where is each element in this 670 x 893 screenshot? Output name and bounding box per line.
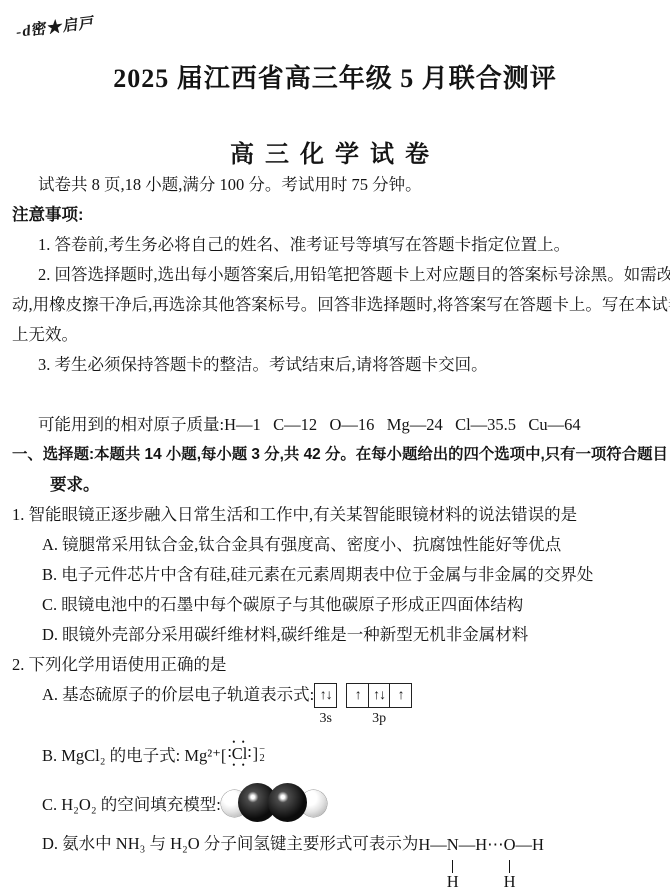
- note-line-1: 1. 答卷前,考生务必将自己的姓名、准考证号等填写在答题卡指定位置上。: [12, 230, 664, 260]
- question-2-stem: 2. 下列化学用语使用正确的是: [12, 650, 664, 680]
- atom-h2: H: [475, 830, 487, 860]
- question-1-option-a: A. 镜腿常采用钛合金,钛合金具有强度高、密度小、抗腐蚀性能好等优点: [12, 530, 664, 560]
- notes-header: 注意事项:: [12, 200, 664, 230]
- hydrogen-bond-structure: H — N H — H ⋯ O H — H: [418, 830, 544, 891]
- oxygen-column: O H: [504, 830, 516, 891]
- exam-info-line: 试卷共 8 页,18 小题,满分 100 分。考试用时 75 分钟。: [12, 170, 664, 200]
- note-line-3: 3. 考生必须保持答题卡的整洁。考试结束后,请将答题卡交回。: [12, 350, 664, 380]
- atom-n: N: [447, 830, 459, 860]
- question-1-option-d: D. 眼镜外壳部分采用碳纤维材料,碳纤维是一种新型无机非金属材料: [12, 620, 664, 650]
- option-a-label: A. 基态硫原子的价层电子轨道表示式:: [42, 680, 314, 710]
- bracket-charge: − 2: [259, 745, 265, 763]
- option-c-label: C. H₂O₂ 的空间填充模型:: [42, 791, 221, 815]
- orbital-label-3p: 3p: [372, 710, 386, 728]
- atom-o: O: [504, 830, 516, 860]
- atom-h-below-o: H: [504, 873, 516, 891]
- nitrogen-column: N H: [447, 830, 459, 891]
- h2o2-space-filling-model: [221, 779, 327, 827]
- charge-subscript-2: 2: [259, 754, 264, 763]
- section1-header-cont: 要求。: [12, 470, 664, 500]
- note-line-2-cont: 动,用橡皮擦干净后,再选涂其他答案标号。回答非选择题时,将答案写在答题卡上。写在…: [12, 290, 664, 320]
- orbital-box-3p-3: ↑: [389, 683, 412, 708]
- exam-title: 2025 届江西省高三年级 5 月联合测评: [0, 58, 670, 95]
- bond-3: —: [516, 830, 533, 860]
- spacer: [12, 380, 664, 410]
- note-line-2: 2. 回答选择题时,选出每小题答案后,用铅笔把答题卡上对应题目的答案标号涂黑。如…: [12, 260, 664, 290]
- security-stamp: -d密★启戸: [16, 11, 96, 42]
- atom-h3: H: [532, 830, 544, 860]
- paper-subject-title: 高三化学试卷: [0, 134, 670, 169]
- atom-h-below-n: H: [447, 873, 459, 891]
- question-1-stem: 1. 智能眼镜正逐步融入日常生活和工作中,有关某智能眼镜材料的说法错误的是: [12, 500, 664, 530]
- question-1-option-c: C. 眼镜电池中的石墨中每个碳原子与其他碳原子形成正四面体结构: [12, 590, 664, 620]
- orbital-3s-column: ↑↓ 3s: [314, 683, 337, 728]
- question-2-option-c: C. H₂O₂ 的空间填充模型:: [12, 776, 664, 830]
- question-2-option-b: B. MgCl₂ 的电子式: Mg²⁺[ • • ∶Cl∶ • • ] − 2: [12, 732, 664, 776]
- note-line-2-end: 上无效。: [12, 320, 664, 350]
- section1-header: 一、选择题:本题共 14 小题,每小题 3 分,共 42 分。在每小题给出的四个…: [12, 440, 664, 470]
- question-1-option-b: B. 电子元件芯片中含有硅,硅元素在元素周期表中位于金属与非金属的交界处: [12, 560, 664, 590]
- lewis-dots-bottom: • •: [232, 763, 247, 768]
- orbital-box-3p-2: ↑↓: [368, 683, 391, 708]
- orbital-box-3p-1: ↑: [346, 683, 369, 708]
- atom-h1: H: [418, 830, 430, 860]
- orbital-3p-column: ↑ ↑↓ ↑ 3p: [346, 683, 412, 728]
- orbital-box-3s: ↑↓: [314, 683, 337, 708]
- orbital-diagram: ↑↓ 3s ↑ ↑↓ ↑ 3p: [314, 683, 412, 728]
- lewis-structure-cl: • • ∶Cl∶ • •: [227, 740, 251, 768]
- lewis-bracket-close: ]: [253, 744, 259, 764]
- question-2-option-a: A. 基态硫原子的价层电子轨道表示式: ↑↓ 3s ↑ ↑↓ ↑ 3p: [12, 680, 664, 732]
- option-d-prefix: D. 氨水中 NH₃ 与 H₂O 分子间氢键主要形式可表示为: [42, 830, 418, 854]
- orbital-boxes-3p: ↑ ↑↓ ↑: [346, 683, 412, 708]
- orbital-label-3s: 3s: [320, 710, 332, 728]
- bond-1: —: [430, 830, 447, 860]
- question-2-option-d: D. 氨水中 NH₃ 与 H₂O 分子间氢键主要形式可表示为 H — N H —…: [12, 830, 664, 893]
- hydrogen-bond-dots: ⋯: [487, 830, 504, 860]
- oxygen-sphere-right: [268, 783, 307, 822]
- bond-2: —: [459, 830, 476, 860]
- atomic-mass-line: 可能用到的相对原子质量:H—1 C—12 O—16 Mg—24 Cl—35.5 …: [12, 410, 664, 440]
- option-b-formula-prefix: B. MgCl₂ 的电子式: Mg²⁺[: [42, 742, 226, 766]
- document-body: 试卷共 8 页,18 小题,满分 100 分。考试用时 75 分钟。 注意事项:…: [12, 170, 664, 893]
- exam-paper-page: -d密★启戸 2025 届江西省高三年级 5 月联合测评 高三化学试卷 试卷共 …: [0, 0, 670, 893]
